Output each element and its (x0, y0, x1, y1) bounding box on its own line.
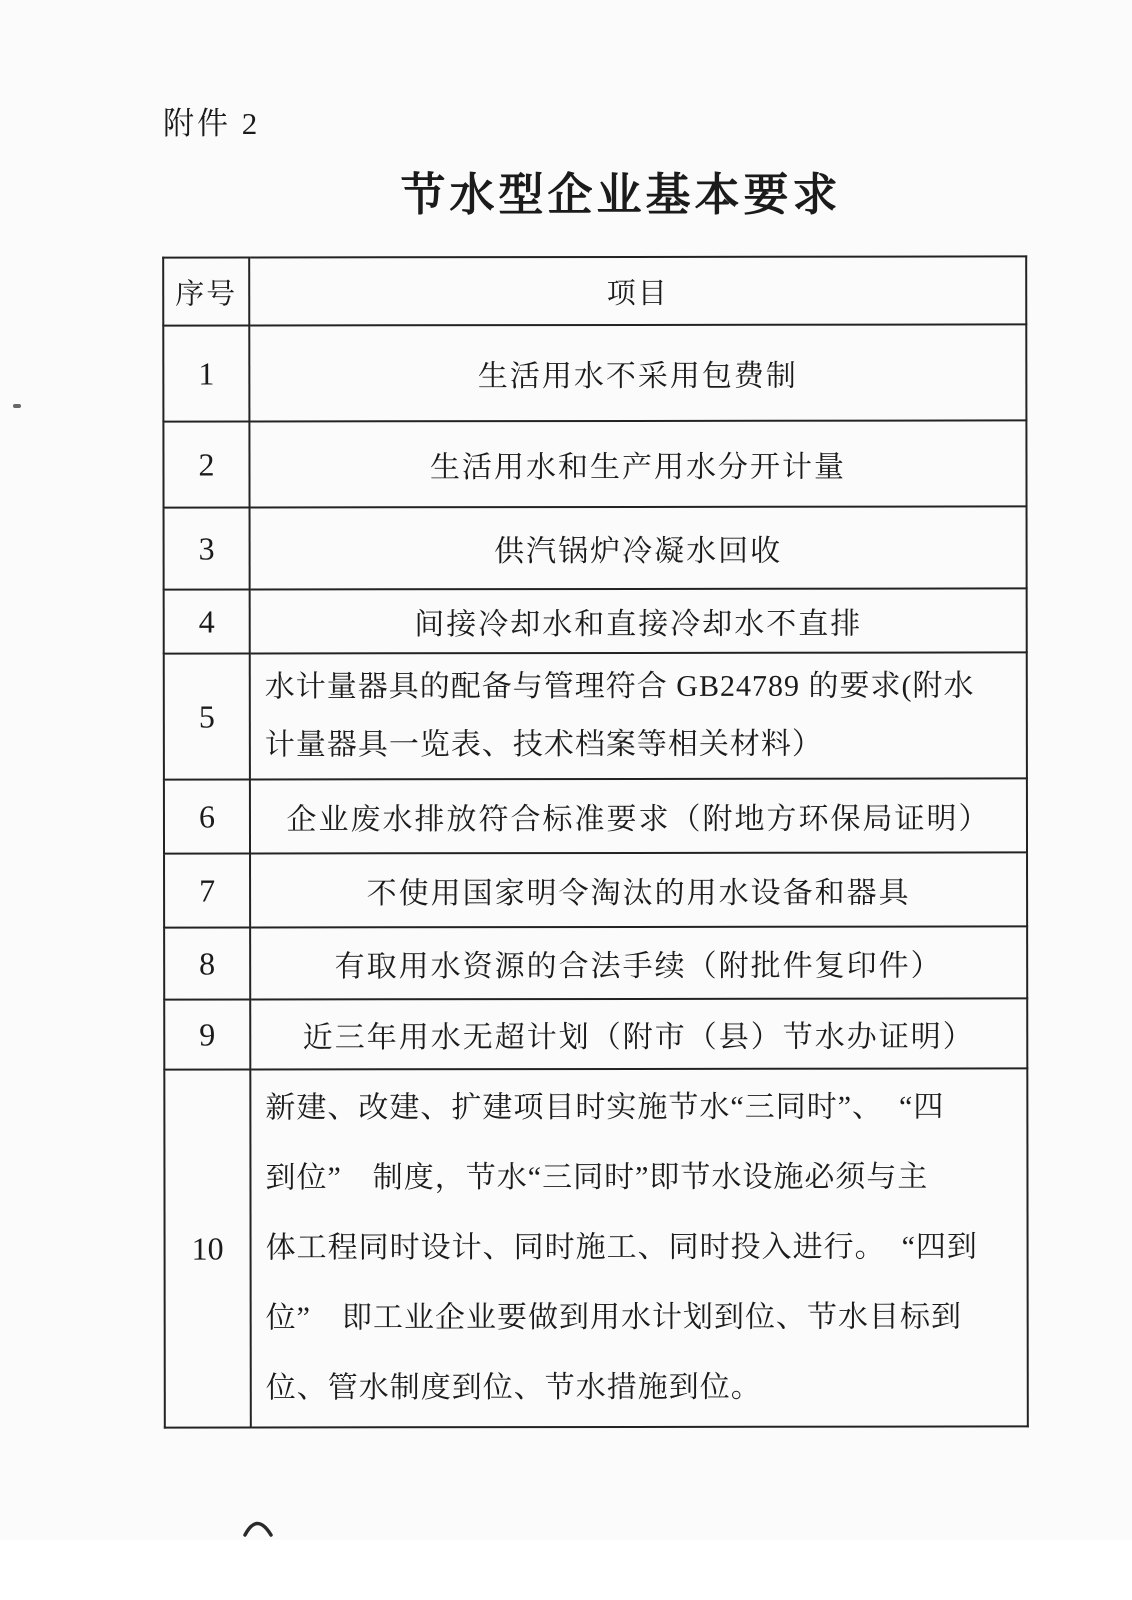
header-cell-item: 项目 (249, 256, 1026, 325)
table-row: 7 不使用国家明令淘汰的用水设备和器具 (164, 852, 1027, 927)
table-row: 4 间接冷却水和直接冷却水不直排 (164, 588, 1027, 653)
row-number-cell: 4 (164, 589, 250, 653)
row-number-cell: 9 (164, 999, 250, 1069)
row-number-cell: 3 (164, 507, 250, 589)
attachment-label: 附件 2 (163, 98, 260, 143)
row-number-cell: 10 (164, 1069, 250, 1427)
row-item-cell: 近三年用水无超计划（附市（县）节水办证明） (250, 998, 1027, 1069)
table-row: 3 供汽锅炉冷凝水回收 (164, 506, 1027, 589)
row-number-cell: 1 (163, 325, 249, 421)
header-cell-no: 序号 (163, 257, 249, 325)
scan-speck (13, 404, 21, 408)
row-item-cell: 间接冷却水和直接冷却水不直排 (250, 588, 1027, 653)
row-number-cell: 5 (164, 653, 250, 779)
row-number-cell: 6 (164, 779, 250, 853)
partial-page-number-arc-icon (242, 1520, 274, 1538)
scan-bottom-strip (0, 1540, 1132, 1600)
row-number-cell: 7 (164, 853, 250, 927)
page-title: 节水型企业基本要求 (110, 158, 1132, 223)
row-item-cell: 有取用水资源的合法手续（附批件复印件） (250, 926, 1027, 999)
table-row: 9 近三年用水无超计划（附市（县）节水办证明） (164, 998, 1027, 1069)
row-item-cell: 水计量器具的配备与管理符合 GB24789 的要求(附水 计量器具一览表、技术档… (250, 652, 1027, 779)
row-item-cell: 企业废水排放符合标准要求（附地方环保局证明） (250, 778, 1027, 853)
table-row: 8 有取用水资源的合法手续（附批件复印件） (164, 926, 1027, 999)
table-row: 1 生活用水不采用包费制 (163, 324, 1026, 421)
row-item-cell: 新建、改建、扩建项目时实施节水“三同时”、 “四 到位” 制度，节水“三同时”即… (250, 1068, 1027, 1427)
row-item-cell: 供汽锅炉冷凝水回收 (250, 506, 1027, 589)
table-header-row: 序号 项目 (163, 256, 1026, 325)
row-number-cell: 8 (164, 927, 250, 999)
table-row: 2 生活用水和生产用水分开计量 (163, 420, 1026, 507)
row-item-cell: 生活用水不采用包费制 (249, 324, 1026, 421)
row-number-cell: 2 (163, 421, 249, 507)
table-row: 10 新建、改建、扩建项目时实施节水“三同时”、 “四 到位” 制度，节水“三同… (164, 1068, 1027, 1427)
table-row: 6 企业废水排放符合标准要求（附地方环保局证明） (164, 778, 1027, 853)
row-item-cell: 生活用水和生产用水分开计量 (249, 420, 1026, 507)
table-row: 5 水计量器具的配备与管理符合 GB24789 的要求(附水 计量器具一览表、技… (164, 652, 1027, 779)
document-page: 附件 2 节水型企业基本要求 序号 项目 1 生活用水不采用包费制 2 生活用水… (0, 0, 1132, 1600)
row-item-cell: 不使用国家明令淘汰的用水设备和器具 (250, 852, 1027, 927)
requirements-table: 序号 项目 1 生活用水不采用包费制 2 生活用水和生产用水分开计量 3 供汽锅… (162, 255, 1029, 1428)
